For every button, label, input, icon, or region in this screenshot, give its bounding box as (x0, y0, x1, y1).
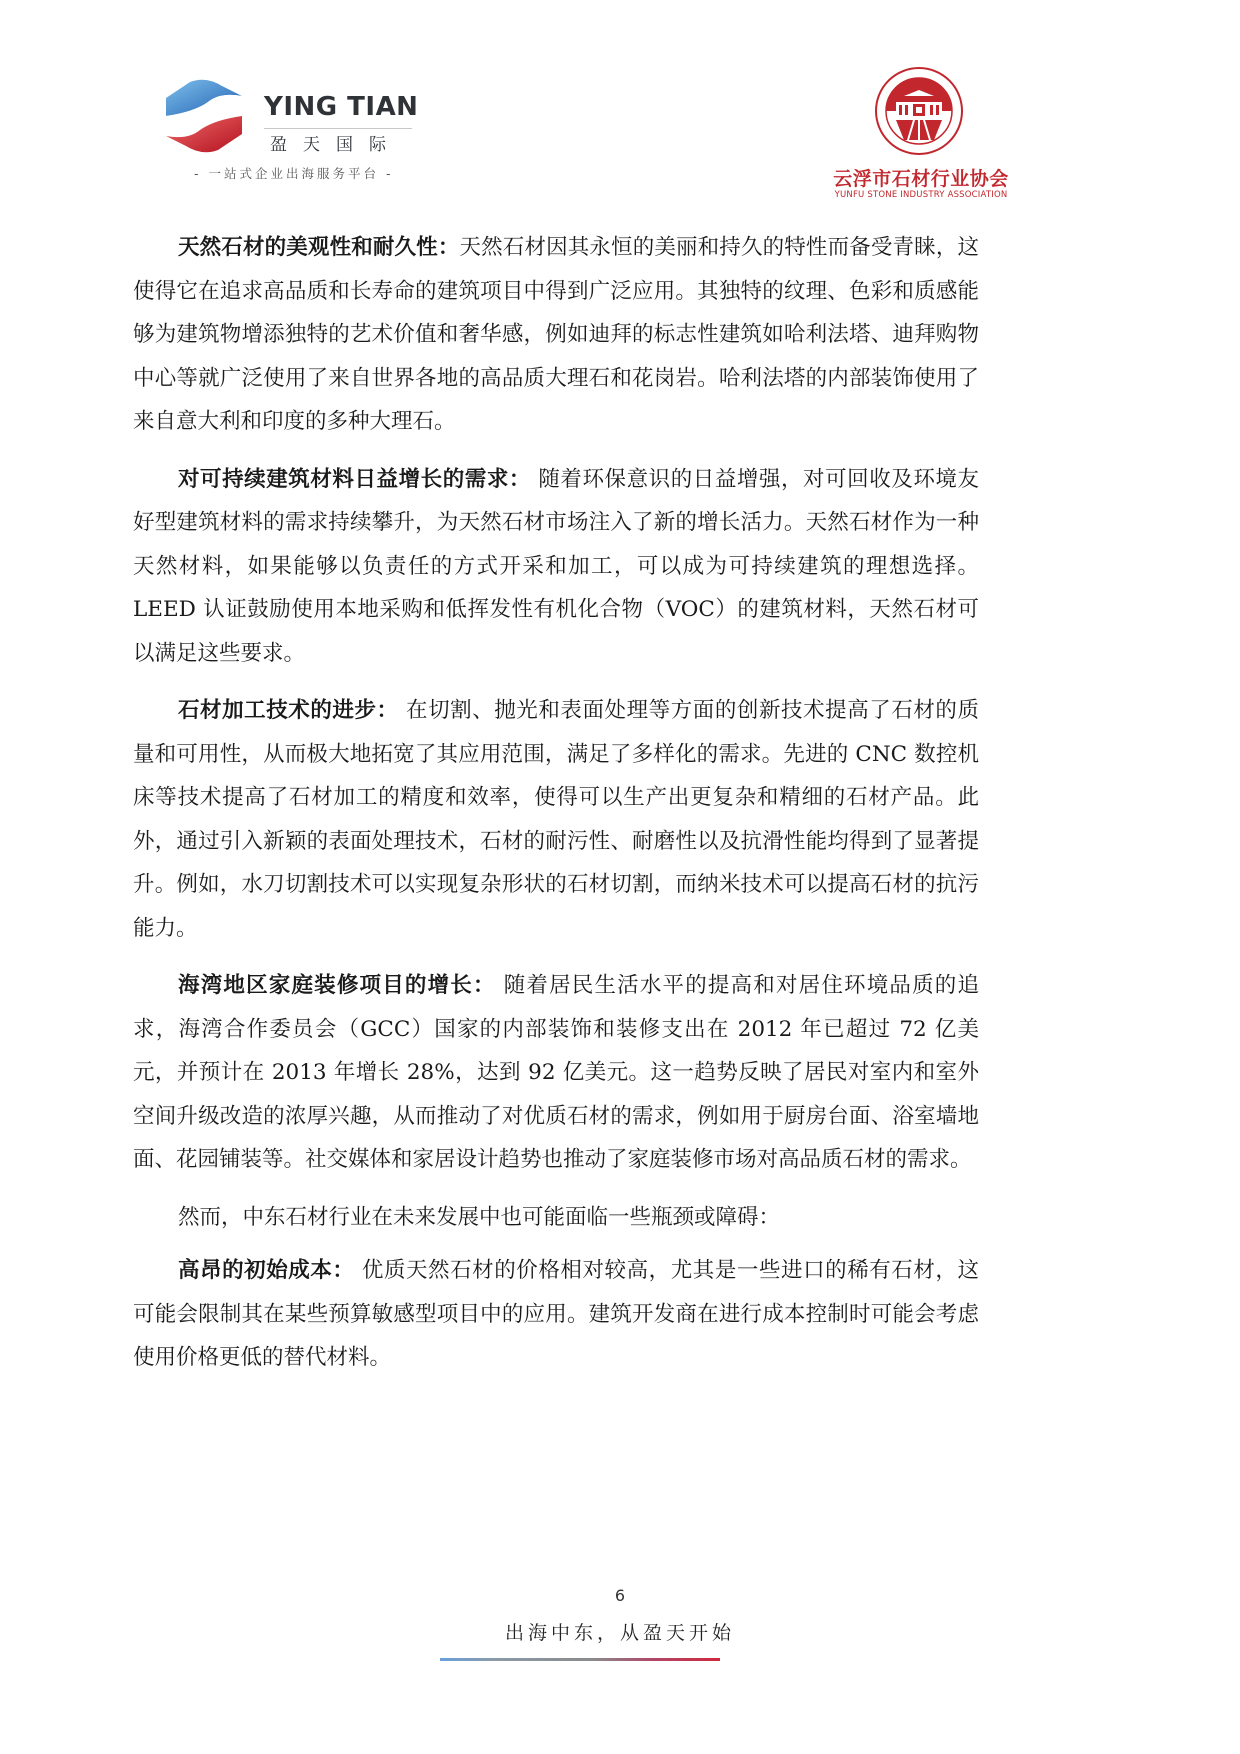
paragraph-gulf-renovation: 海湾地区家庭装修项目的增长： 随着居民生活水平的提高和对居住环境品质的追求，海湾… (133, 964, 979, 1182)
paragraph-text: 随着环保意识的日益增强，对可回收及环境友好型建筑材料的需求持续攀升，为天然石材市… (133, 467, 979, 666)
paragraph-text: 天然石材因其永恒的美丽和持久的特性而备受青睐，这使得它在追求高品质和长寿命的建筑… (133, 235, 979, 434)
footer-slogan: 出海中东，从盈天开始 (0, 1618, 1240, 1645)
document-page: YING TIAN 盈天国际 - 一站式企业出海服务平台 - 云浮市石材行业协会… (0, 0, 1240, 1754)
paragraph-heading: 石材加工技术的进步： (178, 698, 399, 723)
paragraph-high-cost: 高昂的初始成本： 优质天然石材的价格相对较高，尤其是一些进口的稀有石材，这可能会… (133, 1249, 979, 1380)
paragraph-text: 随着居民生活水平的提高和对居住环境品质的追求，海湾合作委员会（GCC）国家的内部… (133, 973, 979, 1172)
association-name-cn: 云浮市石材行业协会 (816, 164, 1026, 191)
paragraph-processing-tech: 石材加工技术的进步： 在切割、抛光和表面处理等方面的创新技术提高了石材的质量和可… (133, 689, 979, 950)
brand-slogan: - 一站式企业出海服务平台 - (194, 164, 393, 182)
brand-name-en: YING TIAN (264, 92, 418, 122)
paragraph-text: 在切割、抛光和表面处理等方面的创新技术提高了石材的质量和可用性，从而极大地拓宽了… (133, 698, 979, 941)
paragraph-transition: 然而，中东石材行业在未来发展中也可能面临一些瓶颈或障碍： (133, 1196, 979, 1240)
yunfu-stone-association-seal-icon (874, 66, 964, 156)
footer-gradient-line (440, 1658, 720, 1661)
ying-tian-logo-icon (160, 78, 248, 154)
association-name-en: YUNFU STONE INDUSTRY ASSOCIATION (816, 190, 1026, 200)
brand-divider (264, 128, 412, 129)
paragraph-aesthetics-durability: 天然石材的美观性和耐久性：天然石材因其永恒的美丽和持久的特性而备受青睐，这使得它… (133, 226, 979, 444)
ying-tian-logo: YING TIAN 盈天国际 - 一站式企业出海服务平台 - (160, 78, 420, 188)
brand-name-cn: 盈天国际 (270, 130, 402, 155)
paragraph-sustainable-demand: 对可持续建筑材料日益增长的需求： 随着环保意识的日益增强，对可回收及环境友好型建… (133, 458, 979, 676)
page-number: 6 (0, 1586, 1240, 1605)
paragraph-heading: 高昂的初始成本： (178, 1258, 354, 1283)
paragraph-text: 然而，中东石材行业在未来发展中也可能面临一些瓶颈或障碍： (178, 1205, 780, 1230)
paragraph-heading: 对可持续建筑材料日益增长的需求： (178, 467, 531, 492)
paragraph-heading: 天然石材的美观性和耐久性： (178, 235, 459, 260)
yunfu-association-logo: 云浮市石材行业协会 YUNFU STONE INDUSTRY ASSOCIATI… (810, 62, 1040, 212)
paragraph-heading: 海湾地区家庭装修项目的增长： (178, 973, 496, 998)
body-content: 天然石材的美观性和耐久性：天然石材因其永恒的美丽和持久的特性而备受青睐，这使得它… (133, 226, 979, 1394)
